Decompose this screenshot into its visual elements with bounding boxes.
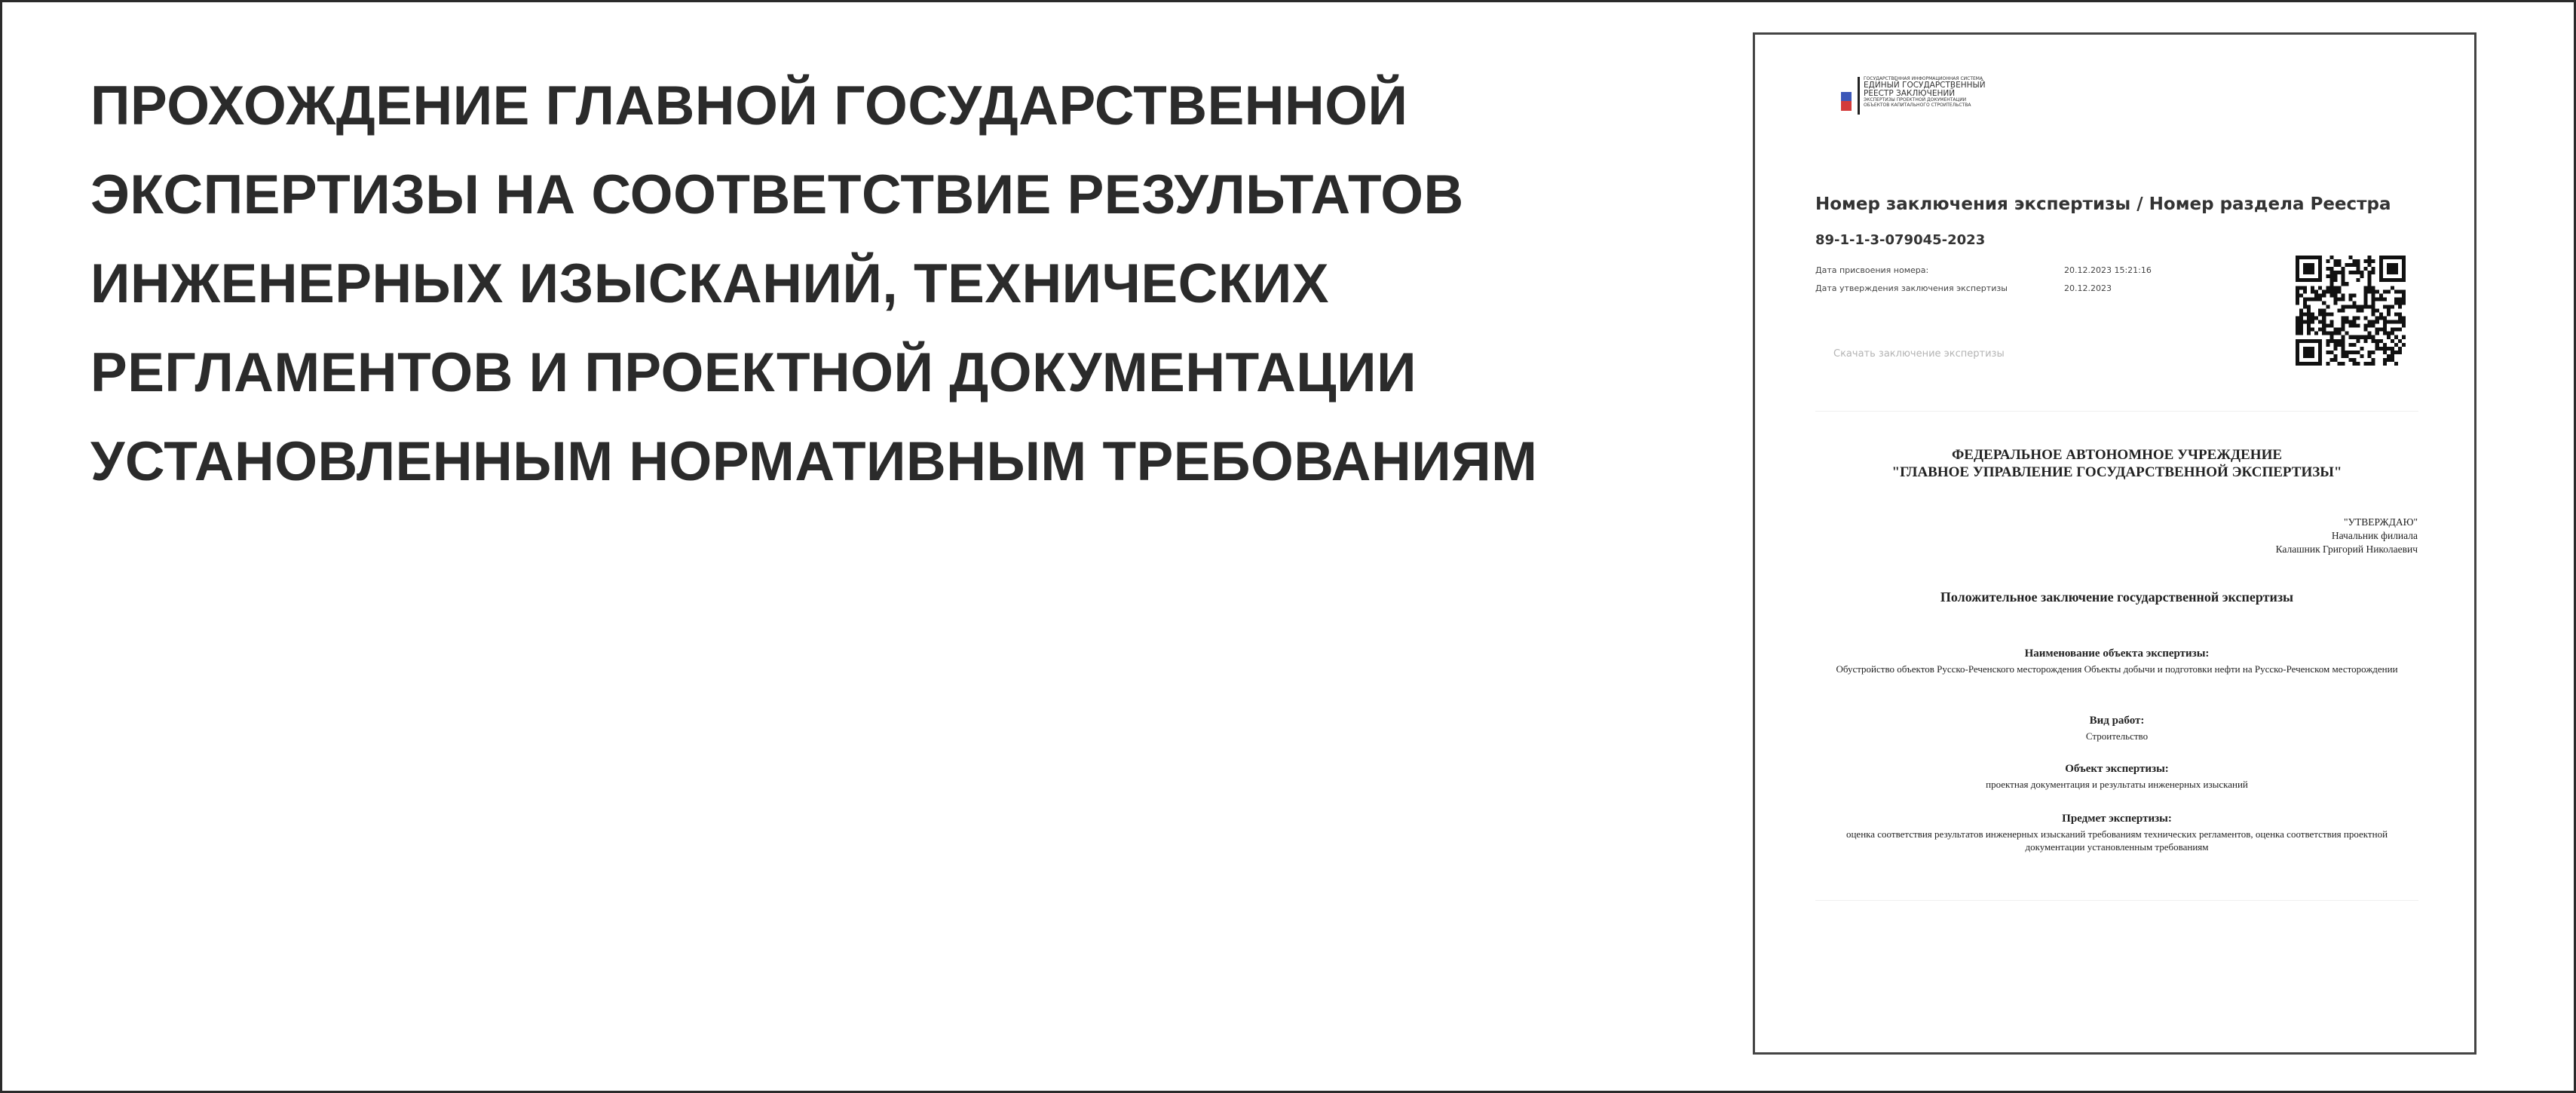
- section-heading: Предмет экспертизы:: [1815, 811, 2418, 826]
- registry-title: Номер заключения экспертизы / Номер разд…: [1815, 194, 2391, 214]
- section-expertise-object: Объект экспертизы: проектная документаци…: [1815, 761, 2418, 791]
- headline-line: ПРОХОЖДЕНИЕ ГЛАВНОЙ ГОСУДАРСТВЕННОЙ: [90, 62, 1711, 151]
- headline-line: УСТАНОВЛЕННЫМ НОРМАТИВНЫМ ТРЕБОВАНИЯМ: [90, 418, 1711, 507]
- meta-label: Дата утверждения заключения экспертизы: [1815, 283, 2064, 293]
- meta-value: 20.12.2023: [2064, 283, 2112, 293]
- approval-stamp: "УТВЕРЖДАЮ": [2276, 516, 2418, 529]
- section-value: Обустройство объектов Русско-Реченского …: [1815, 663, 2418, 675]
- logo-divider: [1858, 77, 1860, 115]
- qr-code-icon: [2296, 256, 2406, 366]
- section-value: проектная документация и результаты инже…: [1815, 778, 2418, 791]
- organization-name: ФЕДЕРАЛЬНОЕ АВТОНОМНОЕ УЧРЕЖДЕНИЕ "ГЛАВН…: [1815, 446, 2418, 481]
- approval-block: "УТВЕРЖДАЮ" Начальник филиала Калашник Г…: [2276, 516, 2418, 556]
- meta-label: Дата присвоения номера:: [1815, 265, 2064, 275]
- headline-line: ИНЖЕНЕРНЫХ ИЗЫСКАНИЙ, ТЕХНИЧЕСКИХ: [90, 240, 1711, 329]
- meta-row-assign-date: Дата присвоения номера:20.12.2023 15:21:…: [1815, 265, 2152, 275]
- registry-number: 89-1-1-3-079045-2023: [1815, 232, 1985, 248]
- section-heading: Вид работ:: [1815, 713, 2418, 728]
- divider: [1815, 900, 2418, 901]
- registry-logo: ГОСУДАРСТВЕННАЯ ИНФОРМАЦИОННАЯ СИСТЕМА Е…: [1841, 75, 2007, 117]
- divider: [1815, 411, 2418, 412]
- approval-position: Начальник филиала: [2276, 529, 2418, 543]
- headline: ПРОХОЖДЕНИЕ ГЛАВНОЙ ГОСУДАРСТВЕННОЙ ЭКСП…: [90, 62, 1711, 507]
- section-heading: Объект экспертизы:: [1815, 761, 2418, 776]
- headline-line: ЭКСПЕРТИЗЫ НА СООТВЕТСТВИЕ РЕЗУЛЬТАТОВ: [90, 151, 1711, 240]
- organization-line: "ГЛАВНОЕ УПРАВЛЕНИЕ ГОСУДАРСТВЕННОЙ ЭКСП…: [1815, 464, 2418, 481]
- russian-flag-icon: [1841, 82, 1852, 111]
- conclusion-title: Положительное заключение государственной…: [1815, 589, 2418, 605]
- section-value: Строительство: [1815, 730, 2418, 742]
- expert-conclusion-document: ГОСУДАРСТВЕННАЯ ИНФОРМАЦИОННАЯ СИСТЕМА Е…: [1753, 32, 2476, 1055]
- section-object-name: Наименование объекта экспертизы: Обустро…: [1815, 646, 2418, 675]
- organization-line: ФЕДЕРАЛЬНОЕ АВТОНОМНОЕ УЧРЕЖДЕНИЕ: [1815, 446, 2418, 464]
- download-conclusion-link[interactable]: Скачать заключение экспертизы: [1833, 348, 2005, 360]
- logo-sub-line: ОБЪЕКТОВ КАПИТАЛЬНОГО СТРОИТЕЛЬСТВА: [1864, 103, 1986, 108]
- logo-text: ГОСУДАРСТВЕННАЯ ИНФОРМАЦИОННАЯ СИСТЕМА Е…: [1864, 77, 1986, 108]
- section-expertise-subject: Предмет экспертизы: оценка соответствия …: [1815, 811, 2418, 853]
- approval-name: Калашник Григорий Николаевич: [2276, 543, 2418, 556]
- section-value: оценка соответствия результатов инженерн…: [1815, 828, 2418, 853]
- section-heading: Наименование объекта экспертизы:: [1815, 646, 2418, 661]
- meta-value: 20.12.2023 15:21:16: [2064, 265, 2152, 275]
- meta-row-approve-date: Дата утверждения заключения экспертизы20…: [1815, 283, 2112, 293]
- headline-line: РЕГЛАМЕНТОВ И ПРОЕКТНОЙ ДОКУМЕНТАЦИИ: [90, 329, 1711, 418]
- section-work-type: Вид работ: Строительство: [1815, 713, 2418, 742]
